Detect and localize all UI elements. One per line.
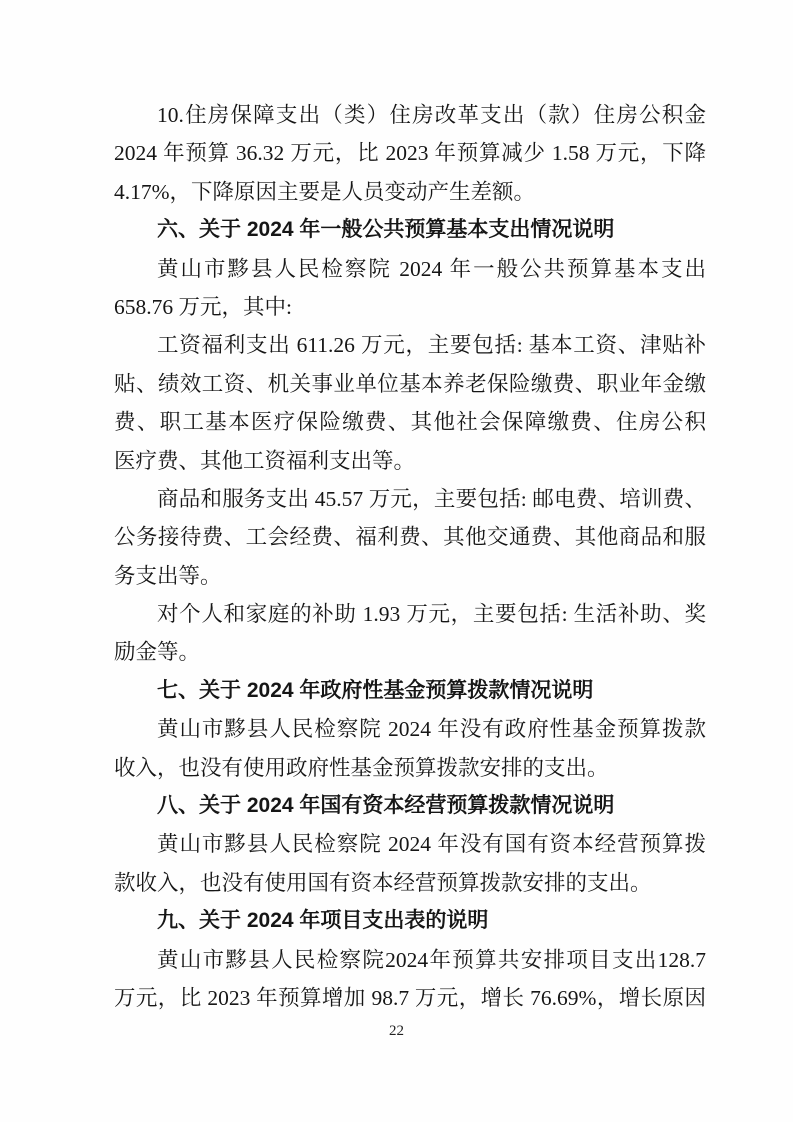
text-line: 黄山市黟县人民检察院 2024 年一般公共预算基本支出 (114, 250, 706, 288)
para-gov-fund: 黄山市黟县人民检察院 2024 年没有政府性基金预算拨款收入，也没有使用政府性基… (114, 710, 706, 787)
heading-section-7: 七、关于 2024 年政府性基金预算拨款情况说明 (114, 672, 706, 710)
para-project-expenditure: 黄山市黟县人民检察院2024年预算共安排项目支出128.7万元，比 2023 年… (114, 941, 706, 1018)
text-line: 黄山市黟县人民检察院2024年预算共安排项目支出128.7 (114, 941, 706, 979)
text-line: 励金等。 (114, 633, 706, 671)
para-subsidies: 对个人和家庭的补助 1.93 万元，主要包括: 生活补助、奖励金等。 (114, 595, 706, 672)
text-line: 公务接待费、工会经费、福利费、其他交通费、其他商品和服 (114, 518, 706, 556)
text-line: 2024 年预算 36.32 万元，比 2023 年预算减少 1.58 万元，下… (114, 134, 706, 172)
para-state-capital: 黄山市黟县人民检察院 2024 年没有国有资本经营预算拨款收入，也没有使用国有资… (114, 825, 706, 902)
para-salary-welfare: 工资福利支出 611.26 万元，主要包括: 基本工资、津贴补贴、绩效工资、机关… (114, 326, 706, 480)
text-line: 658.76 万元，其中: (114, 288, 706, 326)
text-block: 10.住房保障支出（类）住房改革支出（款）住房公积金（项）2024 年预算 36… (114, 96, 706, 1017)
text-line: 对个人和家庭的补助 1.93 万元，主要包括: 生活补助、奖 (114, 595, 706, 633)
document-page: 10.住房保障支出（类）住房改革支出（款）住房公积金（项）2024 年预算 36… (0, 0, 793, 1122)
text-line: 4.17%，下降原因主要是人员变动产生差额。 (114, 173, 706, 211)
text-line: 八、关于 2024 年国有资本经营预算拨款情况说明 (114, 787, 706, 825)
text-line: 工资福利支出 611.26 万元，主要包括: 基本工资、津贴补 (114, 326, 706, 364)
text-line: 商品和服务支出 45.57 万元，主要包括: 邮电费、培训费、 (114, 480, 706, 518)
text-line: 10.住房保障支出（类）住房改革支出（款）住房公积金（项） (114, 96, 706, 134)
para-housing-fund: 10.住房保障支出（类）住房改革支出（款）住房公积金（项）2024 年预算 36… (114, 96, 706, 211)
text-line: 万元，比 2023 年预算增加 98.7 万元，增长 76.69%，增长原因 (114, 979, 706, 1017)
heading-section-8: 八、关于 2024 年国有资本经营预算拨款情况说明 (114, 787, 706, 825)
heading-section-9: 九、关于 2024 年项目支出表的说明 (114, 902, 706, 940)
text-line: 医疗费、其他工资福利支出等。 (114, 442, 706, 480)
text-line: 九、关于 2024 年项目支出表的说明 (114, 902, 706, 940)
page-number: 22 (0, 1021, 793, 1041)
text-line: 黄山市黟县人民检察院 2024 年没有国有资本经营预算拨 (114, 825, 706, 863)
text-line: 贴、绩效工资、机关事业单位基本养老保险缴费、职业年金缴 (114, 365, 706, 403)
text-line: 黄山市黟县人民检察院 2024 年没有政府性基金预算拨款 (114, 710, 706, 748)
text-line: 六、关于 2024 年一般公共预算基本支出情况说明 (114, 211, 706, 249)
text-line: 七、关于 2024 年政府性基金预算拨款情况说明 (114, 672, 706, 710)
text-line: 务支出等。 (114, 557, 706, 595)
text-line: 费、职工基本医疗保险缴费、其他社会保障缴费、住房公积金、 (114, 403, 706, 441)
text-line: 收入，也没有使用政府性基金预算拨款安排的支出。 (114, 749, 706, 787)
text-line: 款收入，也没有使用国有资本经营预算拨款安排的支出。 (114, 864, 706, 902)
para-goods-services: 商品和服务支出 45.57 万元，主要包括: 邮电费、培训费、公务接待费、工会经… (114, 480, 706, 595)
heading-section-6: 六、关于 2024 年一般公共预算基本支出情况说明 (114, 211, 706, 249)
para-basic-expenditure-total: 黄山市黟县人民检察院 2024 年一般公共预算基本支出658.76 万元，其中: (114, 250, 706, 327)
